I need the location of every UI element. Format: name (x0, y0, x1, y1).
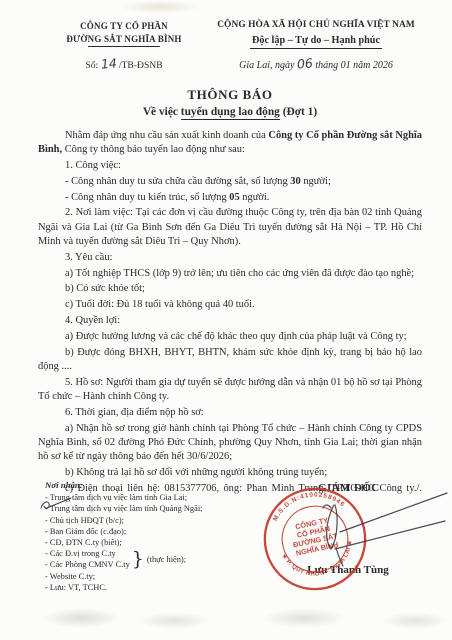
document-number: Số: 14 /TB-ĐSNB (38, 58, 210, 71)
paragraph-run: Công ty thông báo tuyển lao động như sau… (62, 144, 245, 155)
scan-artifact (120, 0, 200, 14)
recipients-list-top: - Trung tâm dịch vụ việc làm tỉnh Gia La… (45, 492, 263, 548)
paragraph-run: 2. Nơi làm việc: Tại các đơn vị cầu đườn… (38, 207, 422, 247)
scan-artifact (262, 608, 346, 628)
paragraph-bold-run: 05 (229, 192, 239, 203)
paragraph-run: - Công nhân duy tu kiến trúc, số lượng (65, 192, 229, 203)
issuing-org-block: CÔNG TY CỔ PHẦN ĐƯỜNG SẮT NGHĨA BÌNH Số:… (38, 20, 210, 71)
paragraph: 5. Hồ sơ: Người tham gia dự tuyển sẽ đượ… (38, 376, 422, 405)
paragraph-run: 3. Yêu cầu: (65, 252, 112, 263)
recipient-item: - Trung tâm dịch vụ việc làm tỉnh Quảng … (45, 503, 263, 514)
paragraph-run: 6. Thời gian, địa điểm nộp hồ sơ: (65, 407, 204, 418)
recipients-braced-lines: - Các Đ.vị trong C.ty- Các Phòng CMNV C.… (45, 548, 130, 570)
paragraph-run: 5. Hồ sơ: Người tham gia dự tuyển sẽ đượ… (38, 377, 422, 402)
brace-note: (thực hiện); (147, 554, 186, 565)
paragraph: b) Được đóng BHXH, BHYT, BHTN, khám sức … (38, 346, 422, 375)
document-number-label: Số: (85, 60, 98, 71)
paragraph: - Công nhân duy tu sửa chữa cầu đường sắ… (38, 175, 422, 189)
document-subtitle: Về việc tuyển dụng lao động (Đợt 1) (38, 106, 422, 118)
paragraph-run: b) Được đóng BHXH, BHYT, BHTN, khám sức … (38, 347, 422, 372)
recipients-list-bottom: - Website C.ty;- Lưu: VT, TCHC. (45, 571, 263, 593)
document-header: CÔNG TY CỔ PHẦN ĐƯỜNG SẮT NGHĨA BÌNH Số:… (38, 20, 422, 71)
subtitle-underlined: tuyển dụng lao động (181, 106, 280, 120)
org-underline (88, 46, 160, 47)
national-motto-block: CỘNG HÒA XÃ HỘI CHỦ NGHĨA VIỆT NAM Độc l… (210, 20, 422, 71)
paragraph-run: - Công nhân duy tu sửa chữa cầu đường sắ… (65, 176, 290, 187)
paragraph-run: 4. Quyền lợi: (65, 315, 120, 326)
paragraph: 6. Thời gian, địa điểm nộp hồ sơ: (38, 406, 422, 420)
paragraph-run: b) Có sức khỏe tốt; (65, 283, 145, 294)
signature-handwriting (295, 478, 452, 588)
paragraph-run: a) Nhận hồ sơ trong giờ hành chính tại P… (38, 423, 422, 463)
recipients-label: Nơi nhận: (45, 480, 263, 491)
paragraph: 1. Công việc: (38, 159, 422, 173)
paragraph-run: a) Tốt nghiệp THCS (lớp 9) trở lên; ưu t… (65, 268, 414, 279)
paragraph: b) Có sức khỏe tốt; (38, 282, 422, 296)
recipient-item: - Các Đ.vị trong C.ty (45, 548, 130, 559)
subtitle-suffix: (Đợt 1) (280, 106, 317, 118)
document-page: CÔNG TY CỔ PHẦN ĐƯỜNG SẮT NGHĨA BÌNH Số:… (0, 0, 452, 640)
paragraph: a) Được hưởng lương và các chế độ khác t… (38, 330, 422, 344)
paragraph-bold-run: 30 (290, 176, 300, 187)
title-block: THÔNG BÁO Về việc tuyển dụng lao động (Đ… (38, 87, 422, 118)
dateline-day-handwritten: 06 (296, 57, 313, 71)
paragraph-run: a) Được hưởng lương và các chế độ khác t… (65, 331, 407, 342)
body-paragraphs: Nhằm đáp ứng nhu cầu sản xuất kinh doanh… (38, 129, 422, 514)
scan-artifact (382, 612, 448, 629)
scan-artifact (42, 608, 120, 628)
paragraph: Nhằm đáp ứng nhu cầu sản xuất kinh doanh… (38, 129, 422, 158)
org-name-line2: ĐƯỜNG SẮT NGHĨA BÌNH (38, 33, 210, 46)
paragraph: a) Tốt nghiệp THCS (lớp 9) trở lên; ưu t… (38, 267, 422, 281)
paragraph: c) Tuổi đời: Đủ 18 tuổi và không quá 40 … (38, 298, 422, 312)
recipient-item: - Lưu: VT, TCHC. (45, 582, 263, 593)
document-number-suffix: /TB-ĐSNB (119, 60, 163, 71)
org-name-line1: CÔNG TY CỔ PHẦN (38, 20, 210, 33)
paragraph-run: người; (301, 176, 331, 187)
paragraph: 3. Yêu cầu: (38, 251, 422, 265)
dateline-prefix: Gia Lai, ngày (239, 60, 294, 71)
paragraph-run: người. (240, 192, 270, 203)
paragraph-run: Nhằm đáp ứng nhu cầu sản xuất kinh doanh… (65, 130, 268, 141)
recipient-item: - Website C.ty; (45, 571, 263, 582)
recipient-item: - CĐ, ĐTN C.ty (biết); (45, 537, 263, 548)
recipient-item: - Trung tâm dịch vụ việc làm tỉnh Gia La… (45, 492, 263, 503)
recipient-item: - Chủ tịch HĐQT (b/c); (45, 515, 263, 526)
paragraph: a) Nhận hồ sơ trong giờ hành chính tại P… (38, 422, 422, 465)
paragraph: - Công nhân duy tu kiến trúc, số lượng 0… (38, 191, 422, 205)
recipient-item: - Ban Giám đốc (c.đạo); (45, 526, 263, 537)
national-motto: Độc lập – Tự do – Hạnh phúc (250, 34, 382, 49)
paragraph-run: 1. Công việc: (65, 160, 121, 171)
recipient-item: - Các Phòng CMNV C.ty (45, 559, 130, 570)
scan-artifact (138, 612, 210, 629)
recipients-block: Nơi nhận: - Trung tâm dịch vụ việc làm t… (45, 480, 263, 593)
paragraph-run: b) Không trả lại hồ sơ đối với những ngư… (65, 467, 327, 478)
national-title: CỘNG HÒA XÃ HỘI CHỦ NGHĨA VIỆT NAM (210, 20, 422, 30)
place-dateline: Gia Lai, ngày 06 tháng 01 năm 2026 (210, 58, 422, 71)
paragraph: 4. Quyền lợi: (38, 314, 422, 328)
dateline-suffix: tháng 01 năm 2026 (315, 60, 393, 71)
document-title: THÔNG BÁO (38, 87, 422, 103)
brace-glyph: } (132, 554, 144, 565)
recipients-braced-group: - Các Đ.vị trong C.ty- Các Phòng CMNV C.… (45, 548, 263, 570)
subtitle-prefix: Về việc (143, 106, 181, 118)
paragraph-run: c) Tuổi đời: Đủ 18 tuổi và không quá 40 … (65, 299, 255, 310)
document-number-handwritten: 14 (100, 57, 117, 71)
paragraph: 2. Nơi làm việc: Tại các đơn vị cầu đườn… (38, 206, 422, 249)
